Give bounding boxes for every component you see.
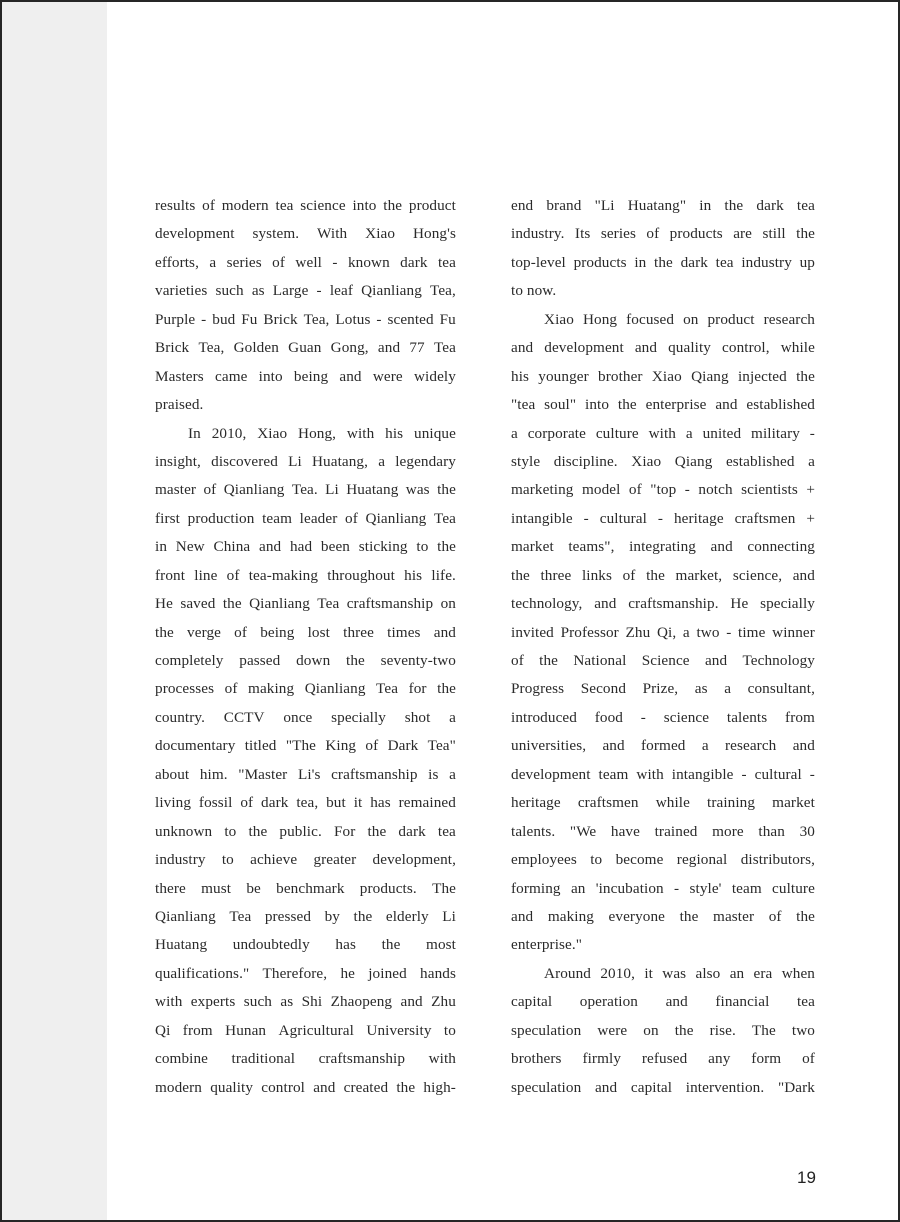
text-line: brothersfirmlyrefusedanyformof [511,1045,815,1073]
text-line: praised. [155,391,456,419]
text-line: marketteams",integratingandconnecting [511,533,815,561]
text-line: andmakingeveryonethemasterofthe [511,903,815,931]
text-line: heritagecraftsmenwhiletrainingmarket [511,789,815,817]
text-line: XiaoHongfocusedonproductresearch [511,306,815,334]
text-line: speculationwereontherise.Thetwo [511,1017,815,1045]
text-line: BrickTea,GoldenGuanGong,and77Tea [155,334,456,362]
text-line: unknowntothepublic.Forthedarktea [155,818,456,846]
text-line: developmentsystem.WithXiaoHong's [155,220,456,248]
text-line: inNewChinaandhadbeenstickingtothe [155,533,456,561]
text-line: QianliangTeapressedbytheelderlyLi [155,903,456,931]
text-line: varietiessuchasLarge-leafQianliangTea, [155,277,456,305]
text-line: documentarytitled"TheKingofDarkTea" [155,732,456,760]
text-line: completelypasseddowntheseventy-two [155,647,456,675]
text-line: developmentteamwithintangible-cultural- [511,761,815,789]
text-line: industry.Itsseriesofproductsarestillthe [511,220,815,248]
left-text-column: resultsofmodernteascienceintotheproductd… [155,192,456,1102]
text-line: anddevelopmentandqualitycontrol,while [511,334,815,362]
text-line: hisyoungerbrotherXiaoQianginjectedthe [511,363,815,391]
text-line: In2010,XiaoHong,withhisunique [155,420,456,448]
text-line: modernqualitycontrolandcreatedthehigh- [155,1074,456,1102]
text-line: formingan'incubation-style'teamculture [511,875,815,903]
page-gutter [2,2,107,1220]
text-line: thevergeofbeinglostthreetimesand [155,619,456,647]
text-line: technology,andcraftsmanship.Hespecially [511,590,815,618]
text-line: qualifications."Therefore,hejoinedhands [155,960,456,988]
text-line: resultsofmodernteascienceintotheproduct [155,192,456,220]
text-line: oftheNationalScienceandTechnology [511,647,815,675]
text-line: talents."Wehavetrainedmorethan30 [511,818,815,846]
text-line: masterofQianliangTea.LiHuatangwasthe [155,476,456,504]
text-line: acorporateculturewithaunitedmilitary- [511,420,815,448]
text-line: Purple-budFuBrickTea,Lotus-scentedFu [155,306,456,334]
document-page: resultsofmodernteascienceintotheproductd… [0,0,900,1222]
text-line: top-levelproductsinthedarkteaindustryup [511,249,815,277]
text-line: Huatangundoubtedlyhasthemost [155,931,456,959]
text-line: industrytoachievegreaterdevelopment, [155,846,456,874]
text-line: speculationandcapitalintervention."Dark [511,1074,815,1102]
text-line: theremustbebenchmarkproducts.The [155,875,456,903]
text-line: universities,andformedaresearchand [511,732,815,760]
text-line: enterprise." [511,931,815,959]
text-line: efforts,aseriesofwell-knowndarktea [155,249,456,277]
text-line: "teasoul"intotheenterpriseandestablished [511,391,815,419]
text-line: combinetraditionalcraftsmanshipwith [155,1045,456,1073]
text-line: withexpertssuchasShiZhaopengandZhu [155,988,456,1016]
page-number: 19 [797,1168,816,1188]
text-line: Around2010,itwasalsoanerawhen [511,960,815,988]
text-line: country.CCTVoncespeciallyshota [155,704,456,732]
text-line: intangible-cultural-heritagecraftsmen+ [511,505,815,533]
text-line: ProgressSecondPrize,asaconsultant, [511,675,815,703]
text-line: to now. [511,277,815,305]
text-line: Masterscameintobeingandwerewidely [155,363,456,391]
text-line: frontlineoftea-makingthroughouthislife. [155,562,456,590]
text-line: employeestobecomeregionaldistributors, [511,846,815,874]
text-line: endbrand"LiHuatang"inthedarktea [511,192,815,220]
text-line: introducedfood-sciencetalentsfrom [511,704,815,732]
text-line: processesofmakingQianliangTeaforthe [155,675,456,703]
text-line: livingfossilofdarktea,butithasremained [155,789,456,817]
text-line: thethreelinksofthemarket,science,and [511,562,815,590]
text-line: abouthim."MasterLi'scraftsmanshipisa [155,761,456,789]
text-line: capitaloperationandfinancialtea [511,988,815,1016]
text-line: firstproductionteamleaderofQianliangTea [155,505,456,533]
text-line: marketingmodelof"top-notchscientists+ [511,476,815,504]
right-text-column: endbrand"LiHuatang"inthedarkteaindustry.… [511,192,815,1102]
text-line: QifromHunanAgriculturalUniversityto [155,1017,456,1045]
text-line: HesavedtheQianliangTeacraftsmanshipon [155,590,456,618]
text-line: insight,discoveredLiHuatang,alegendary [155,448,456,476]
text-line: stylediscipline.XiaoQiangestablisheda [511,448,815,476]
text-line: invitedProfessorZhuQi,atwo-timewinner [511,619,815,647]
